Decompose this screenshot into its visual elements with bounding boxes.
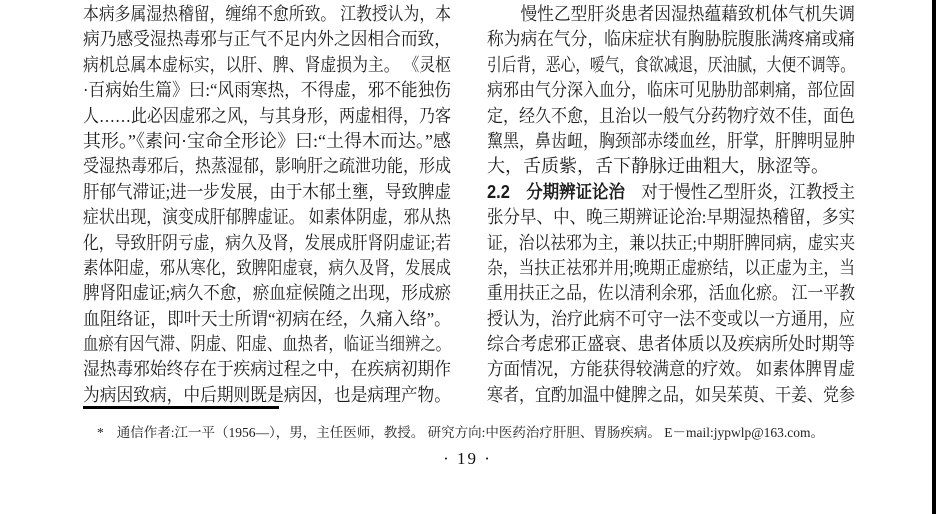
line-text: 2.2 分期辨证论治 对于慢性乙型肝炎，江教授主 <box>487 180 855 205</box>
text-line: 慢性乙型肝炎患者因湿热蕴藉致机体气机失调 <box>487 2 855 27</box>
footnote-asterisk: * <box>97 425 104 441</box>
text-line: 授认为，治疗此病不可守一法不变或以一方通用，应 <box>487 307 855 332</box>
line-text: 定，经久不愈，且治以一般气分药物疗效不佳，面色 <box>487 104 855 129</box>
text-line: 血瘀有因气滞、阴虚、阳虚、血热者，临证当细辨之。 <box>83 332 451 357</box>
text-line: 称为病在气分，临床症状有胸胁脘腹胀满疼痛或痛 <box>487 27 855 52</box>
text-line: 证，治以祛邪为主，兼以扶正;中期肝脾同病，虚实夹 <box>487 231 855 256</box>
left-column: 本病多属湿热稽留，缠绵不愈所致。 江教授认为，本病乃感受湿热毒邪与正气不足内外之… <box>83 2 451 408</box>
line-text: 黧黑，鼻齿衄，胸颈部赤缕血丝，肝掌，肝脾明显肿 <box>487 129 855 154</box>
line-text: 病乃感受湿热毒邪与正气不足内外之因相合而致， <box>83 27 451 52</box>
footnote-text: 通信作者:江一平（1956—），男，主任医师，教授。 研究方向:中医药治疗肝胆、… <box>117 425 824 440</box>
text-line: 引后背，恶心，嗳气，食欲减退，厌油腻，大便不调等。 <box>487 53 855 78</box>
text-line: 张分早、中、晚三期辨证论治:早期湿热稽留，多实 <box>487 205 855 230</box>
line-text: 本病多属湿热稽留，缠绵不愈所致。 江教授认为，本 <box>83 2 451 27</box>
text-line: 受湿热毒邪后，热蒸湿郁，影响肝之疏泄功能，形成 <box>83 154 451 179</box>
text-line: 病乃感受湿热毒邪与正气不足内外之因相合而致， <box>83 27 451 52</box>
text-line: 湿热毒邪始终存在于疾病过程之中，在疾病初期作 <box>83 357 451 382</box>
line-text: 湿热毒邪始终存在于疾病过程之中，在疾病初期作 <box>83 357 451 382</box>
line-text: 血阻络证，即叶天士所谓“初病在经，久痛入络”。 <box>83 307 451 332</box>
scan-edge-line <box>932 0 936 514</box>
line-text: 张分早、中、晚三期辨证论治:早期湿热稽留，多实 <box>487 205 855 230</box>
text-line: 杂，当扶正祛邪并用;晚期正虚瘀结，以正虚为主，当 <box>487 256 855 281</box>
section-heading: 2.2 分期辨证论治 <box>487 182 625 202</box>
text-line: 黧黑，鼻齿衄，胸颈部赤缕血丝，肝掌，肝脾明显肿 <box>487 129 855 154</box>
line-text: 称为病在气分，临床症状有胸胁脘腹胀满疼痛或痛 <box>487 27 855 52</box>
text-line: 寒者，宜酌加温中健脾之品，如吴茱萸、干姜、党参 <box>487 383 855 408</box>
text-line: 人……此必因虚邪之风，与其身形，两虚相得，乃客 <box>83 104 451 129</box>
text-line: 血阻络证，即叶天士所谓“初病在经，久痛入络”。 <box>83 307 451 332</box>
footnote: *通信作者:江一平（1956—），男，主任医师，教授。 研究方向:中医药治疗肝胆… <box>97 425 857 441</box>
line-text: 其形。”《素问·宝命全形论》曰:“土得木而达。”感 <box>83 129 451 154</box>
line-text: 方面情况，方能获得较满意的疗效。 如素体脾胃虚 <box>487 357 855 382</box>
line-text: 化，导致肝阴亏虚，病久及肾，发展成肝肾阴虚证;若 <box>83 231 451 256</box>
text-line: 综合考虑邪正盛衰、患者体质以及疾病所处时期等 <box>487 332 855 357</box>
right-column: 慢性乙型肝炎患者因湿热蕴藉致机体气机失调称为病在气分，临床症状有胸胁脘腹胀满疼痛… <box>487 2 855 408</box>
footnote-separator-rule <box>83 406 279 409</box>
text-line: 症状出现，演变成肝郁脾虚证。 如素体阴虚，邪从热 <box>83 205 451 230</box>
text-line: 脾肾阳虚证;病久不愈，瘀血症候随之出现，形成瘀 <box>83 281 451 306</box>
text-line: 病机总属本虚标实，以肝、脾、肾虚损为主。 《灵枢 <box>83 53 451 78</box>
article-text-block: 本病多属湿热稽留，缠绵不愈所致。 江教授认为，本病乃感受湿热毒邪与正气不足内外之… <box>83 2 855 408</box>
line-text: 人……此必因虚邪之风，与其身形，两虚相得，乃客 <box>83 104 451 129</box>
line-text: 寒者，宜酌加温中健脾之品，如吴茱萸、干姜、党参 <box>487 383 855 408</box>
line-text: 病机总属本虚标实，以肝、脾、肾虚损为主。 《灵枢 <box>83 53 451 78</box>
line-text: 综合考虑邪正盛衰、患者体质以及疾病所处时期等 <box>487 332 855 357</box>
text-line: 化，导致肝阴亏虚，病久及肾，发展成肝肾阴虚证;若 <box>83 231 451 256</box>
scanned-page: 本病多属湿热稽留，缠绵不愈所致。 江教授认为，本病乃感受湿热毒邪与正气不足内外之… <box>0 0 936 514</box>
text-line: 其形。”《素问·宝命全形论》曰:“土得木而达。”感 <box>83 129 451 154</box>
text-line: 本病多属湿热稽留，缠绵不愈所致。 江教授认为，本 <box>83 2 451 27</box>
text-line: 定，经久不愈，且治以一般气分药物疗效不佳，面色 <box>487 104 855 129</box>
text-line: 大，舌质紫，舌下静脉迂曲粗大，脉涩等。 <box>487 154 855 179</box>
text-line: ·百病始生篇》曰:“风雨寒热，不得虚，邪不能独伤 <box>83 78 451 103</box>
text-line: 肝郁气滞证;进一步发展，由于木郁土壅，导致脾虚 <box>83 180 451 205</box>
line-text: ·百病始生篇》曰:“风雨寒热，不得虚，邪不能独伤 <box>83 78 451 103</box>
line-text: 证，治以祛邪为主，兼以扶正;中期肝脾同病，虚实夹 <box>487 231 855 256</box>
line-text: 慢性乙型肝炎患者因湿热蕴藉致机体气机失调 <box>487 2 855 27</box>
line-text: 症状出现，演变成肝郁脾虚证。 如素体阴虚，邪从热 <box>83 205 451 230</box>
line-text: 重用扶正之品，佐以清利余邪，活血化瘀。 江一平教 <box>487 281 855 306</box>
text-line: 病邪由气分深入血分，临床可见胁肋部刺痛，部位固 <box>487 78 855 103</box>
text-line: 重用扶正之品，佐以清利余邪，活血化瘀。 江一平教 <box>487 281 855 306</box>
text-line: 素体阳虚，邪从寒化，致脾阳虚衰，病久及肾，发展成 <box>83 256 451 281</box>
text-line: 2.2 分期辨证论治 对于慢性乙型肝炎，江教授主 <box>487 180 855 205</box>
line-text: 引后背，恶心，嗳气，食欲减退，厌油腻，大便不调等。 <box>487 53 855 78</box>
line-text: 为病因致病，中后期则既是病因，也是病理产物。 <box>83 383 451 408</box>
line-text: 病邪由气分深入血分，临床可见胁肋部刺痛，部位固 <box>487 78 855 103</box>
line-text: 血瘀有因气滞、阴虚、阳虚、血热者，临证当细辨之。 <box>83 332 451 357</box>
line-text: 受湿热毒邪后，热蒸湿郁，影响肝之疏泄功能，形成 <box>83 154 451 179</box>
text-line: 方面情况，方能获得较满意的疗效。 如素体脾胃虚 <box>487 357 855 382</box>
page-number: · 19 · <box>83 449 852 469</box>
line-text: 授认为，治疗此病不可守一法不变或以一方通用，应 <box>487 307 855 332</box>
line-text: 素体阳虚，邪从寒化，致脾阳虚衰，病久及肾，发展成 <box>83 256 451 281</box>
line-text: 杂，当扶正祛邪并用;晚期正虚瘀结，以正虚为主，当 <box>487 256 855 281</box>
text-line: 为病因致病，中后期则既是病因，也是病理产物。 <box>83 383 451 408</box>
line-text: 肝郁气滞证;进一步发展，由于木郁土壅，导致脾虚 <box>83 180 451 205</box>
line-text: 脾肾阳虚证;病久不愈，瘀血症候随之出现，形成瘀 <box>83 281 451 306</box>
line-text: 大，舌质紫，舌下静脉迂曲粗大，脉涩等。 <box>487 154 829 179</box>
